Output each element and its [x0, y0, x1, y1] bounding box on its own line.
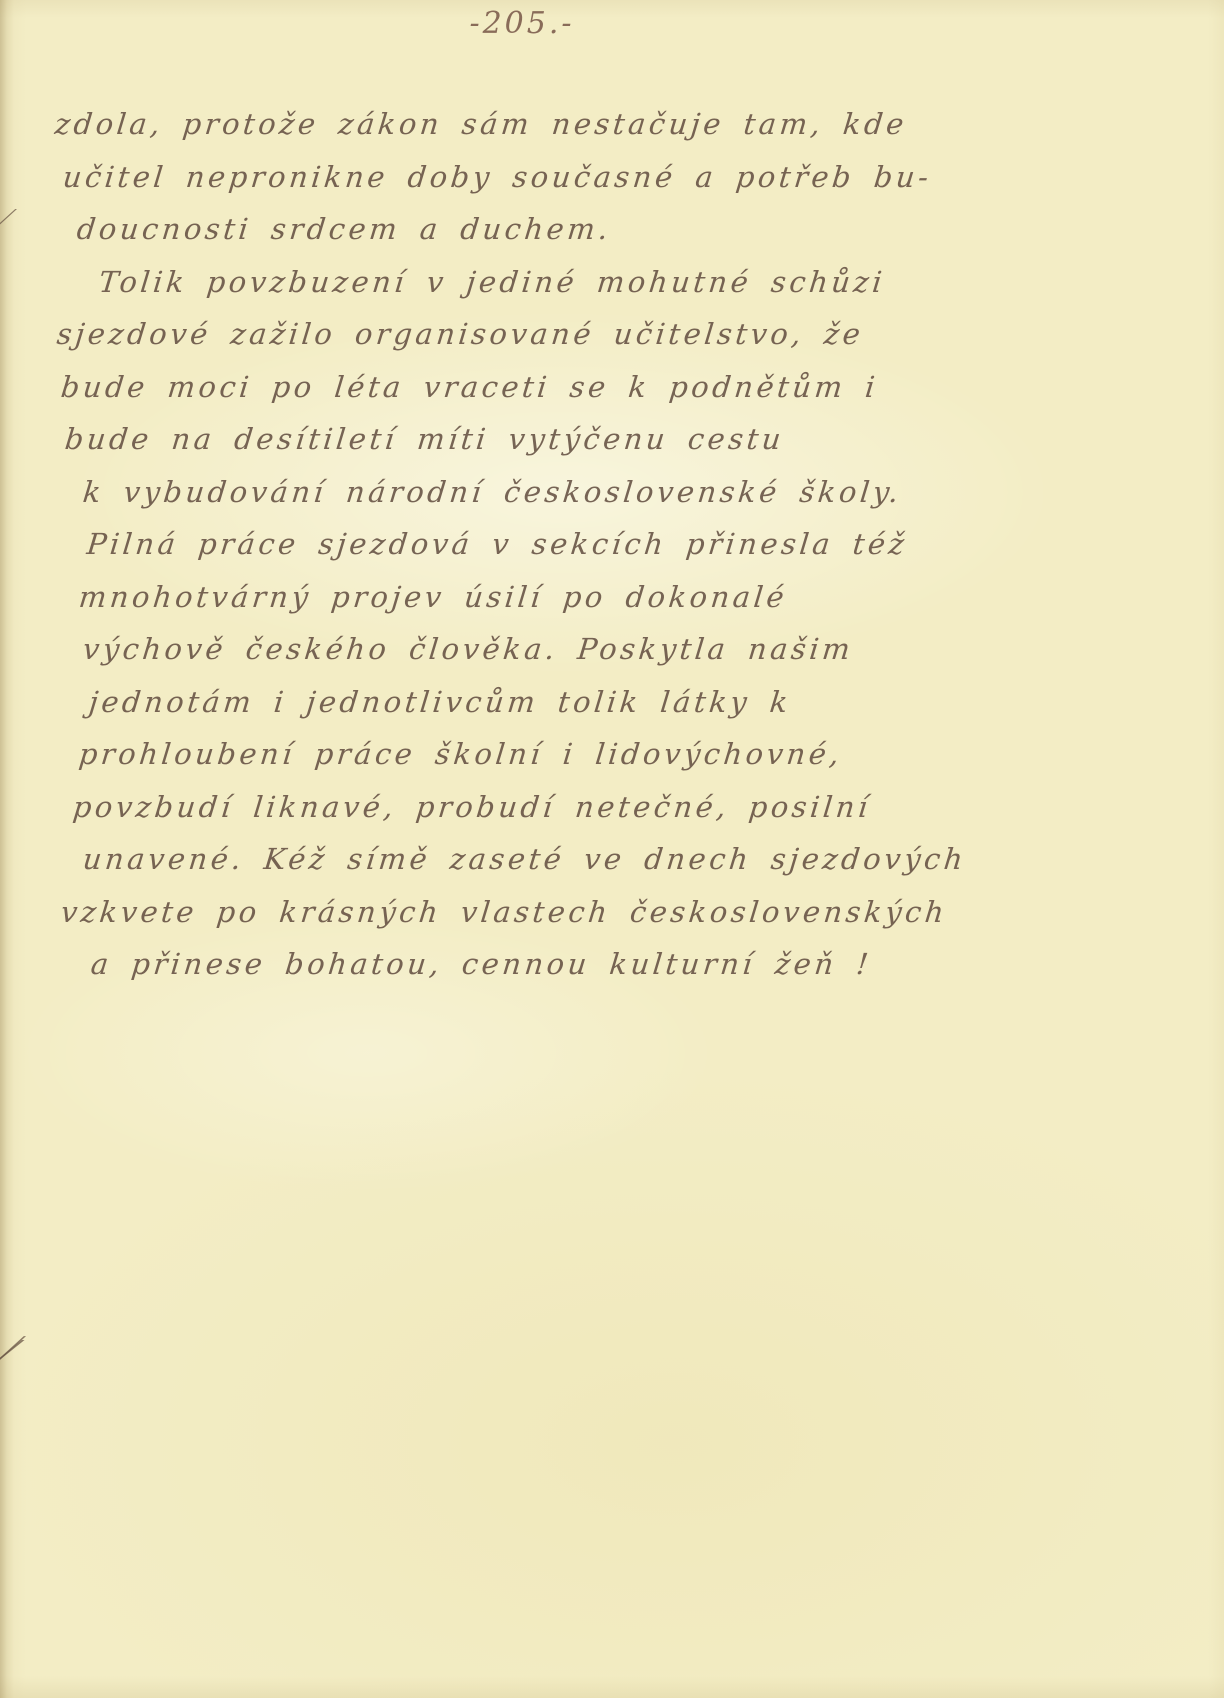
handwritten-line: zdola, protože zákon sám nestačuje tam, …	[52, 98, 978, 151]
handwritten-line: unavené. Kéž símě zaseté ve dnech sjezdo…	[52, 833, 978, 886]
handwritten-line: Pilná práce sjezdová v sekcích přinesla …	[52, 518, 978, 571]
handwritten-line: jednotám i jednotlivcům tolik látky k	[52, 676, 978, 729]
handwritten-line: Tolik povzbuzení v jediné mohutné schůzi	[52, 256, 978, 309]
handwritten-line: prohloubení práce školní i lidovýchovné,	[52, 728, 978, 781]
handwritten-line: doucnosti srdcem a duchem.	[52, 203, 978, 256]
handwritten-line: k vybudování národní československé škol…	[52, 466, 978, 519]
page-number: -205.-	[0, 6, 1134, 41]
handwritten-line: bude na desítiletí míti vytýčenu cestu	[52, 413, 978, 466]
ink-bleed-mark-icon: ⟋	[0, 205, 12, 236]
handwritten-line: bude moci po léta vraceti se k podnětům …	[52, 361, 978, 414]
handwritten-line: výchově českého člověka. Poskytla našim	[52, 623, 978, 676]
handwritten-text-block: zdola, protože zákon sám nestačuje tam, …	[55, 98, 975, 991]
handwritten-line: vzkvete po krásných vlastech českosloven…	[52, 886, 978, 939]
handwritten-line: učitel nepronikne doby současné a potřeb…	[52, 151, 978, 204]
handwritten-line: sjezdové zažilo organisované učitelstvo,…	[52, 308, 978, 361]
handwritten-line: a přinese bohatou, cennou kulturní žeň !	[52, 938, 978, 991]
manuscript-page: -205.- zdola, protože zákon sám nestačuj…	[0, 0, 1224, 1698]
ink-bleed-mark-icon: ⟋̷	[0, 1330, 20, 1370]
handwritten-line: mnohotvárný projev úsilí po dokonalé	[52, 571, 978, 624]
handwritten-line: povzbudí liknavé, probudí netečné, posil…	[52, 781, 978, 834]
